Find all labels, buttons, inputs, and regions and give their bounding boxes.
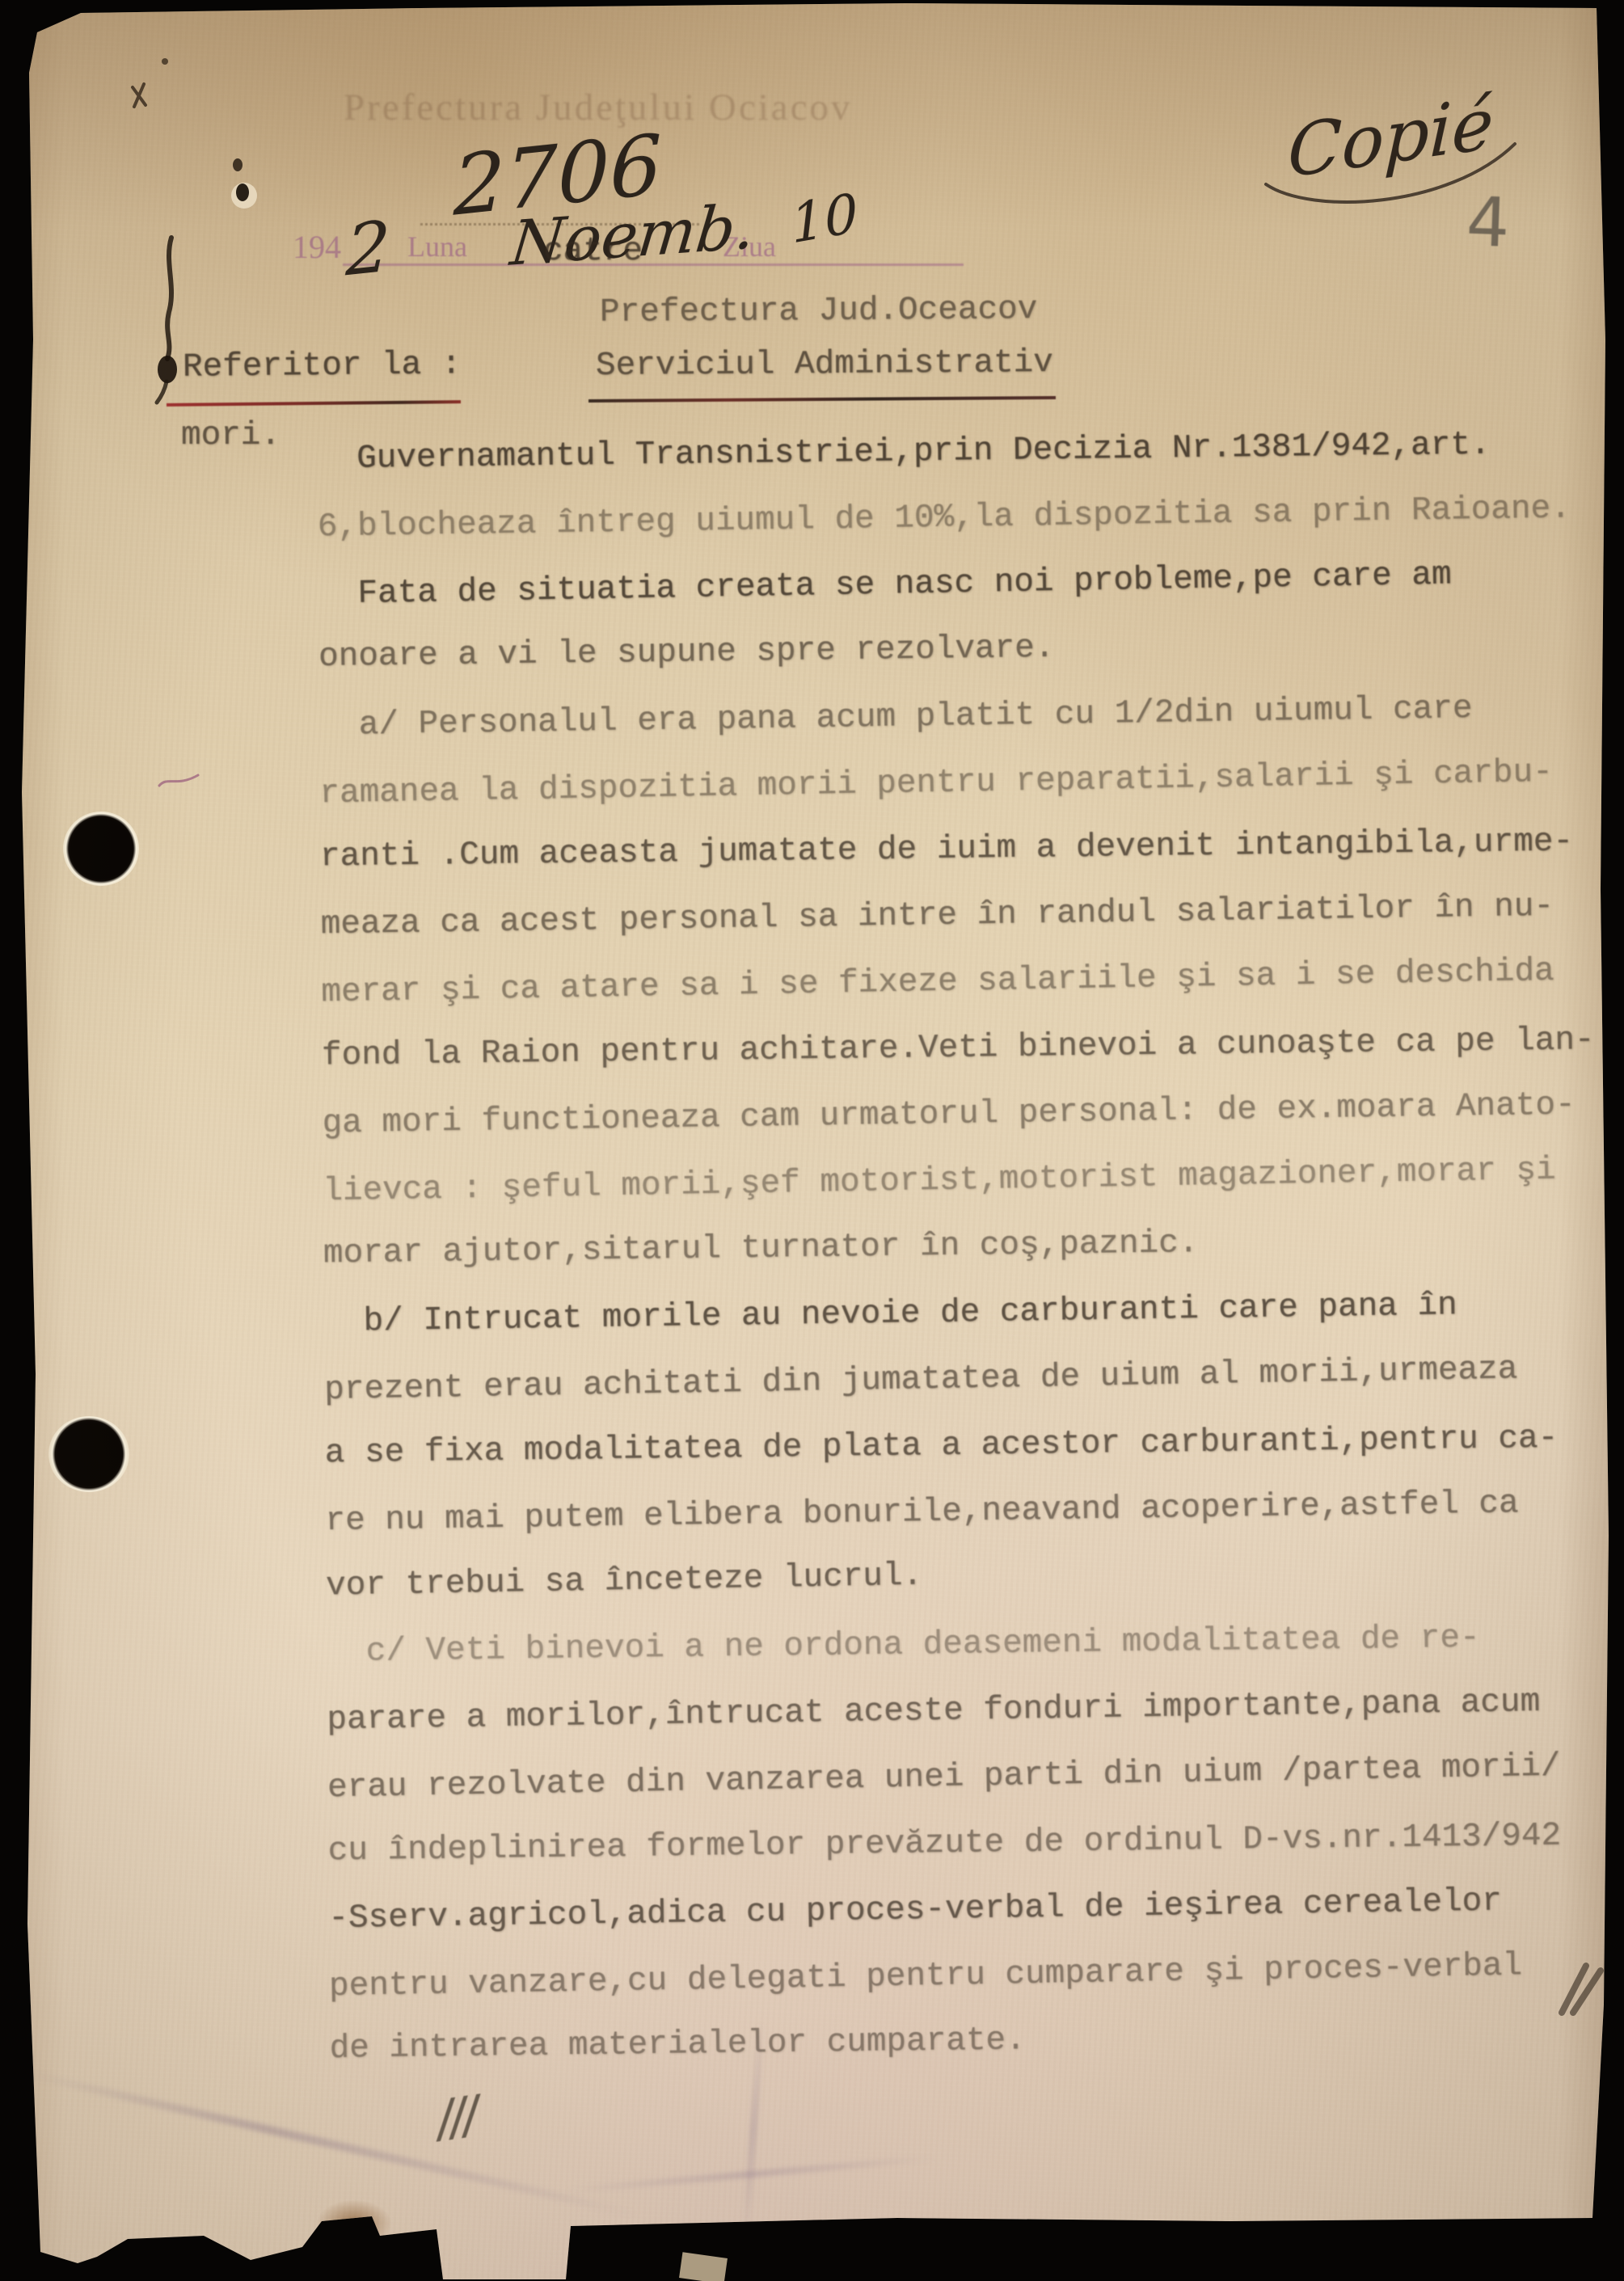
ink-mark-line-end — [1552, 1959, 1617, 2024]
typed-line: a se fixa modalitatea de plata a acestor… — [325, 1420, 1559, 1473]
typed-line: -Sserv.agricol,adica cu proces-verbal de… — [328, 1883, 1502, 1937]
typed-line: cu îndeplinirea formelor prevăzute de or… — [327, 1818, 1561, 1870]
handwritten-day: 10 — [789, 182, 860, 256]
addressee-line2: Serviciul Administrativ — [596, 344, 1053, 385]
typed-line: pentru vanzare,cu delegati pentru cumpar… — [329, 1947, 1523, 2005]
scanned-document: Prefectura Judeţului Ociacov 2706 194 Lu… — [0, 0, 1624, 2281]
typed-line: vor trebui sa înceteze lucrul. — [326, 1558, 923, 1605]
paper-sheet: Prefectura Judeţului Ociacov 2706 194 Lu… — [0, 0, 1624, 2281]
typed-line: erau rezolvate din vanzarea unei parti d… — [327, 1748, 1561, 1807]
fold-crease-bottom-left — [23, 2069, 639, 2219]
addressee-line1: Prefectura Jud.Oceacov — [600, 291, 1038, 331]
addressee-underline — [588, 396, 1056, 403]
typed-line: prezent erau achitati din jumatatea de u… — [324, 1351, 1518, 1409]
typed-line: ga mori functioneaza cam urmatorul perso… — [322, 1086, 1575, 1142]
typed-line: c/ Veti binevoi a ne ordona deasemeni mo… — [366, 1620, 1480, 1671]
purple-scribble — [158, 769, 206, 797]
typed-line: fond la Raion pentru achitare.Veti binev… — [322, 1022, 1595, 1074]
typed-line: 6,blocheaza întreg uiumul de 10%,la disp… — [318, 490, 1571, 546]
reference-subject: mori. — [181, 417, 281, 454]
typed-line: ramanea la dispozitia morii pentru repar… — [319, 754, 1553, 813]
catre-label: catre — [543, 233, 643, 270]
printed-year: 194 — [293, 228, 341, 266]
typed-line: ranti .Cum aceasta jumatate de iuim a de… — [320, 823, 1574, 875]
typed-line: lievca : şeful morii,şef motorist,motori… — [323, 1152, 1556, 1211]
typed-line: onoare a vi le supune spre rezolvare. — [318, 630, 1055, 676]
typed-line: re nu mai putem elibera bonurile,neavand… — [325, 1485, 1519, 1540]
torn-paper-fragment — [679, 2252, 728, 2281]
typed-line: parare a morilor,întrucat aceste fonduri… — [327, 1684, 1540, 1739]
typed-line: morar ajutor,sitarul turnator în coş,paz… — [323, 1225, 1199, 1272]
ink-specks-top-left — [121, 48, 283, 226]
burn-stain-bottom-notch — [317, 2200, 391, 2247]
punch-hole-bottom — [49, 1416, 129, 1492]
ink-smear-left-margin — [142, 236, 223, 406]
punch-hole-top — [63, 812, 139, 886]
typed-line: meaza ca acest personal sa intre în rand… — [320, 888, 1554, 944]
pencil-tally-mark: /// — [432, 2085, 479, 2148]
typed-line: a/ Personalul era pana acum platit cu 1/… — [358, 690, 1472, 744]
page-number-pencil: 4 — [1465, 182, 1511, 263]
typed-line: Guvernamantul Transnistriei,prin Decizia… — [356, 427, 1491, 478]
fold-crease-bottom-right — [566, 2155, 937, 2194]
typed-line: merar şi ca atare sa i se fixeze salarii… — [321, 953, 1554, 1012]
printed-luna-label: Luna — [407, 230, 467, 264]
typed-line: b/ Intrucat morile au nevoie de carburan… — [363, 1287, 1457, 1340]
typed-line: de intrarea materialelor cumparate. — [329, 2022, 1026, 2068]
typed-line: Fata de situatia creata se nasc noi prob… — [357, 556, 1452, 613]
handwritten-year-digit: 2 — [344, 206, 391, 293]
reference-label: Referitor la : — [183, 346, 462, 386]
